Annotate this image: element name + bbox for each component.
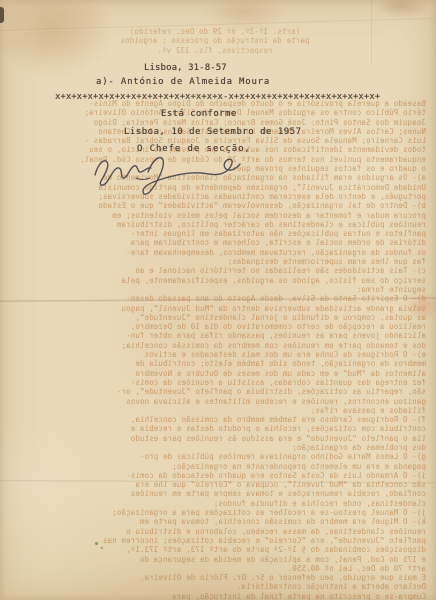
bleedthrough-line: são concelhia da “Mud Juvenil”, ocupava … [12, 480, 426, 489]
bleedthrough-line: k)- O Miguel era membro da comissão conc… [12, 517, 426, 526]
bleedthrough-line: são, repartiu as cotizações, distribuía … [12, 387, 426, 396]
separator-row: x+x+x+x+x+x+x+x+x+x+x+x+x+x+x+x-x+x+x+x+… [55, 92, 380, 102]
bleedthrough-line: contribuía com cotizações, recolhia o pr… [12, 424, 426, 433]
bleedthrough-line: e)- O Rodrigues da Cunha era um dos mais… [12, 350, 426, 359]
handwritten-signature [90, 148, 255, 198]
bleedthrough-line: i)- O Armando Luis da Costa Santos era q… [12, 471, 426, 480]
bleedthrough-line: dos problemas da organização; [12, 443, 426, 452]
bleedthrough-line: fez entrega das quantias cobradas, assis… [12, 378, 426, 387]
bleedthrough-line: as quotas, comprou e difundiu o jornal c… [12, 313, 426, 322]
bleedthrough-line: f)- O Rodrigues Cardoso era também membr… [12, 415, 426, 424]
bleedthrough-line: ditórias de ordem social e escrita, colh… [12, 238, 426, 247]
bleedthrough-line: panfleto “Juventude”, era “Correio” e re… [12, 536, 426, 545]
bleedthrough-line: paganda e era um elemento preponderante … [12, 462, 426, 471]
bleedthrough-line: ganizou encontros, reuniões e recebeu mi… [12, 397, 426, 406]
crease-line [371, 0, 373, 64]
mold-speck [95, 542, 98, 545]
bleedthrough-line: confiado, recebia remunerações e tomava … [12, 489, 426, 498]
date-line-1: Lisboa, 31-8-57 [144, 63, 227, 73]
bleedthrough-line: seguinte forma: [12, 285, 426, 294]
bleedthrough-line: b)- Dentro de tal organização, desenvolv… [12, 201, 426, 210]
conformity-note: Está conforme [161, 109, 237, 119]
bleedthrough-line: filiados e passava rifas; [12, 406, 426, 415]
bleedthrough-line: alimentos da “Mud” e em cada um dos mese… [12, 369, 426, 378]
bleedthrough-line: panfletos e outras publicações não autor… [12, 229, 426, 238]
bleedthrough-line: volvia grande actividade subversiva dent… [12, 304, 426, 313]
bleedthrough-line: j)- O Manuel prestou-se a recolher as co… [12, 508, 426, 517]
bleedthrough-line: lia o panfleto “Juventude” e era assíduo… [12, 434, 426, 443]
bleedthrough-line: (arts. 1º-3º, nº 29 do Dec. referido) [80, 27, 350, 36]
bleedthrough-line: os fundos da organização, recrutavam mem… [12, 248, 426, 257]
bleedthrough-line: procura mudar e fomentar a desordem soci… [12, 211, 426, 220]
bleedthrough-line: reuniões públicas e clandestinas de cará… [12, 220, 426, 229]
scan-edge-mark [0, 7, 4, 23]
bleedthrough-line: realizou a recepção de certo comemorativ… [12, 322, 426, 331]
signed-name: a)- António de Almeida Moura [96, 77, 270, 87]
bleedthrough-line: Cumpra-se o prescrito na parte final da … [12, 592, 426, 600]
bleedthrough-line: aliciando jovens para as reuniões, passa… [12, 331, 426, 340]
date-line-2: Lisboa, 10 de Setembro de 1957 [124, 127, 302, 137]
bleedthrough-line: respectivos, fls. 132 vº. [80, 46, 350, 55]
bleedthrough-line: dos e tomando parte em reuniões com memb… [12, 341, 426, 350]
bleedthrough-line: artº 70 do Dec. Lei nº 40.550. [12, 564, 426, 573]
bleedthrough-line: g)- O Lemos Maria Godinho organizava reu… [12, 452, 426, 461]
bleedthrough-line: c)- Tais actividades são realizadas no t… [12, 266, 426, 275]
bleedthrough-line: E mais que arguido, seu defensor o Sr. D… [12, 573, 426, 582]
bleedthrough-line: parte da instrução do processo ; arguido… [80, 36, 350, 45]
bleedthrough-line: membros da organização, tendo sido també… [12, 359, 426, 368]
bleedthrough-line: reuniões clandestinas, da massa recebeu,… [12, 527, 426, 536]
bleedthrough-line: fas que lhes eram superiormente designad… [12, 257, 426, 266]
bleedthrough-line: Declaro aberta a instrução contraditória… [12, 582, 426, 591]
bleedthrough-text-top: (arts. 1º-3º, nº 29 do Dec. referido)par… [80, 27, 350, 55]
mold-speck [101, 547, 103, 549]
scanned-document-page: (arts. 1º-3º, nº 29 do Dec. referido)par… [0, 0, 436, 600]
bleedthrough-line: disposições combinadas do § 1º-2ª parte … [12, 545, 426, 554]
bleedthrough-line: d)- O Espírito Santo da Silva, desde Ago… [12, 294, 426, 303]
bleedthrough-line: clandestinas, onde recolhia e difundia f… [12, 499, 426, 508]
bleedthrough-line: e 175 do Cod. Penal, com a aplicação de … [12, 555, 426, 564]
bleedthrough-line: serviço do seu físico, agindo os arguido… [12, 276, 426, 285]
